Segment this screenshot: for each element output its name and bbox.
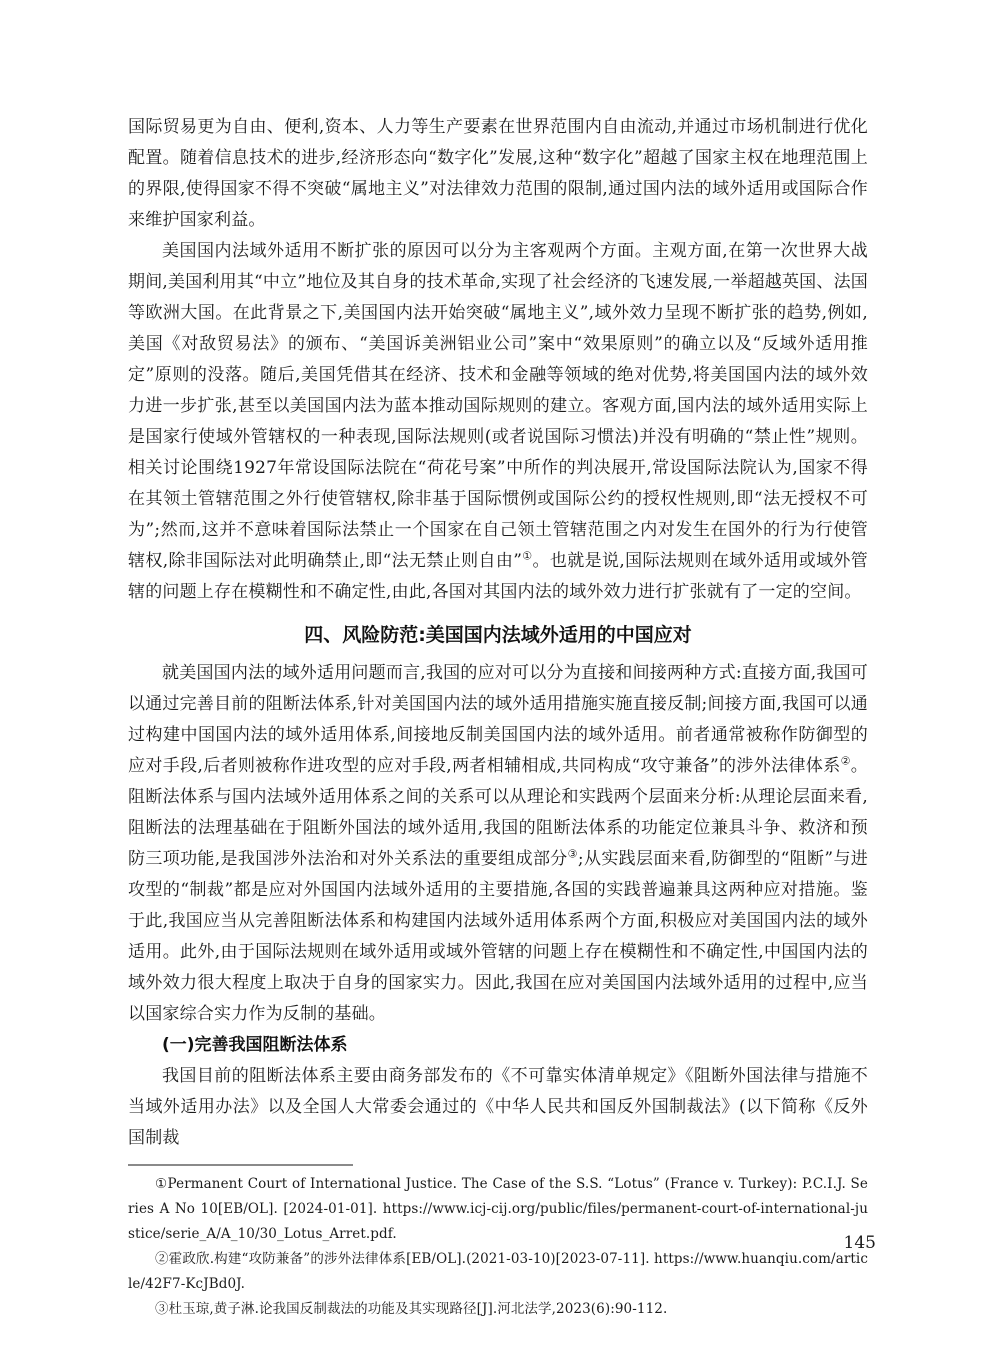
body-paragraph-expansion-reasons: 美国国内法域外适用不断扩张的原因可以分为主客观两个方面。主观方面,在第一次世界大…	[128, 236, 868, 608]
footnote-item-1: ①Permanent Court of International Justic…	[128, 1172, 868, 1247]
footnotes-section: ①Permanent Court of International Justic…	[128, 1172, 868, 1322]
page-number: 145	[844, 1233, 876, 1253]
footnote-ref-2: ②	[841, 754, 851, 767]
paragraph-text: 就美国国内法的域外适用问题而言,我国的应对可以分为直接和间接两种方式:直接方面,…	[128, 663, 868, 776]
body-paragraph-china-response: 就美国国内法的域外适用问题而言,我国的应对可以分为直接和间接两种方式:直接方面,…	[128, 658, 868, 1030]
body-paragraph-blocking-system: 我国目前的阻断法体系主要由商务部发布的《不可靠实体清单规定》《阻断外国法律与措施…	[128, 1061, 868, 1154]
text-column: 国际贸易更为自由、便利,资本、人力等生产要素在世界范围内自由流动,并通过市场机制…	[128, 112, 868, 1322]
footnote-ref-3: ③	[568, 847, 578, 860]
body-paragraph-continuation: 国际贸易更为自由、便利,资本、人力等生产要素在世界范围内自由流动,并通过市场机制…	[128, 112, 868, 236]
footnote-item-3: ③杜玉琼,黄子淋.论我国反制裁法的功能及其实现路径[J].河北法学,2023(6…	[128, 1297, 868, 1322]
subsection-heading-one: (一)完善我国阻断法体系	[128, 1030, 868, 1061]
journal-page: 国际贸易更为自由、便利,资本、人力等生产要素在世界范围内自由流动,并通过市场机制…	[0, 0, 1000, 1347]
paragraph-text: ;从实践层面来看,防御型的“阻断”与进攻型的“制裁”都是应对外国国内法域外适用的…	[128, 849, 868, 1024]
paragraph-text: 美国国内法域外适用不断扩张的原因可以分为主客观两个方面。主观方面,在第一次世界大…	[128, 241, 868, 571]
section-heading-four: 四、风险防范:美国国内法域外适用的中国应对	[128, 622, 868, 649]
footnote-item-2: ②霍政欣.构建“攻防兼备”的涉外法律体系[EB/OL].(2021-03-10)…	[128, 1247, 868, 1297]
footnote-separator	[128, 1164, 353, 1166]
footnote-ref-1: ①	[522, 549, 532, 562]
